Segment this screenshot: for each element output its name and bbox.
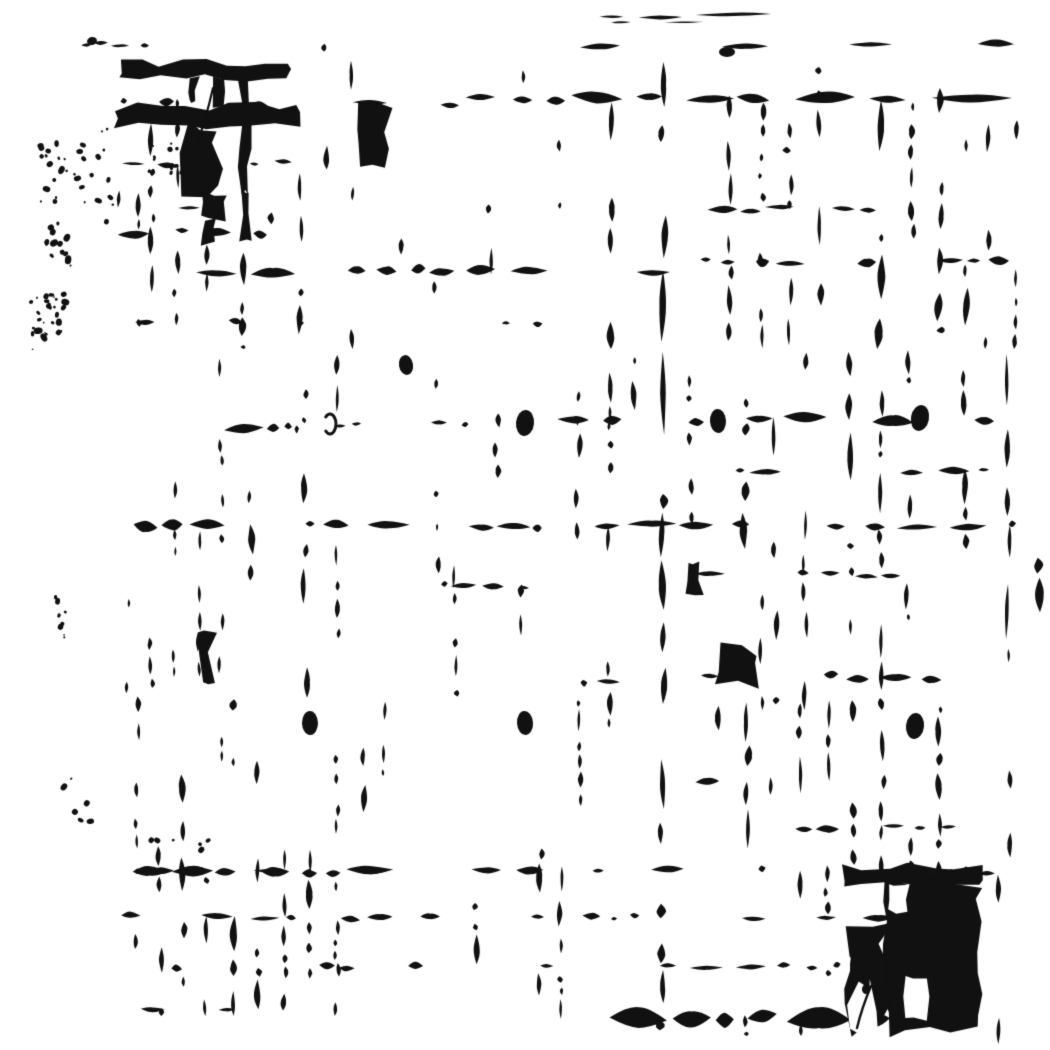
grunge-texture-image	[0, 0, 1050, 1050]
texture-canvas	[0, 0, 1050, 1050]
